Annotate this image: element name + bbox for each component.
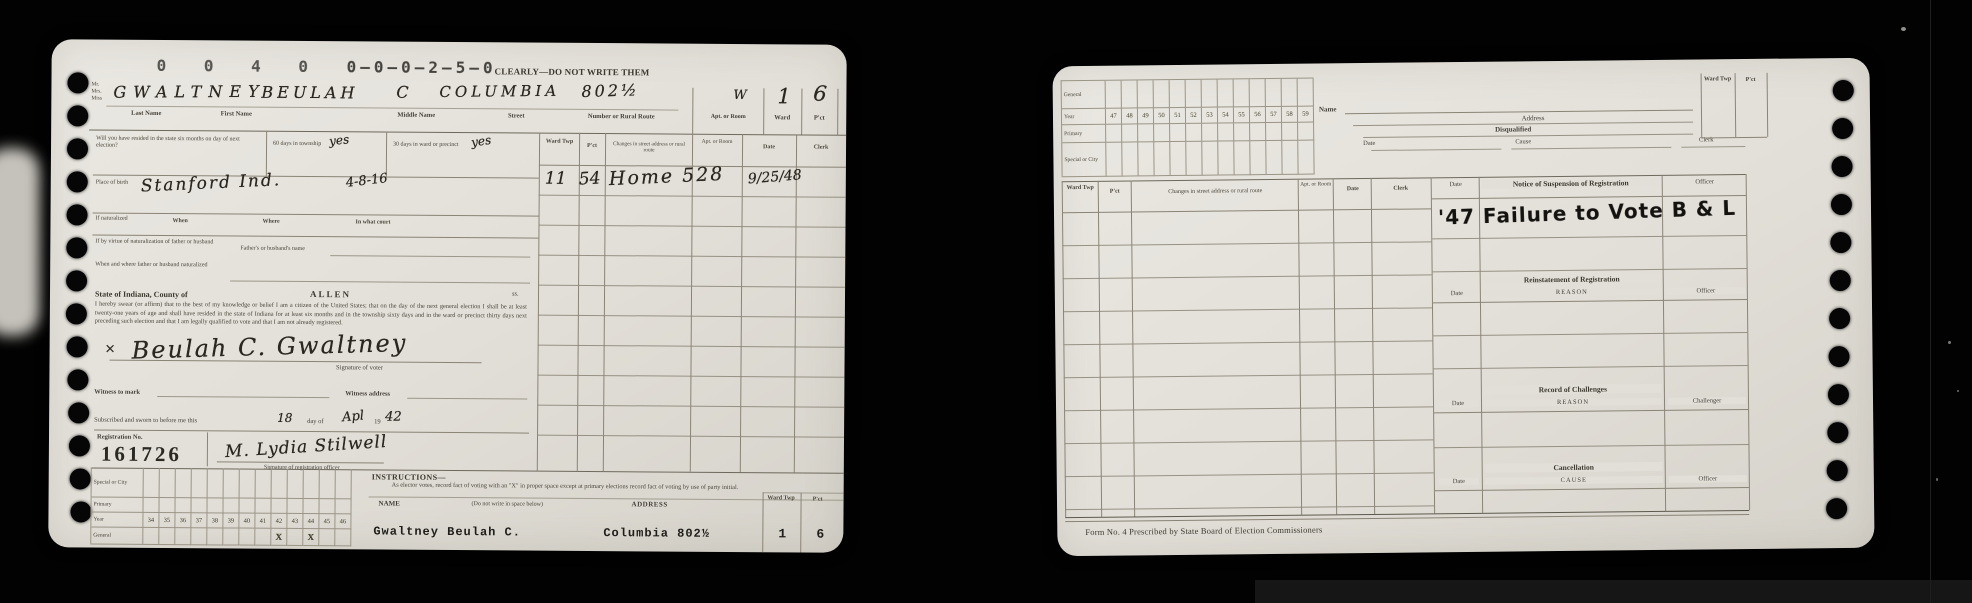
year-cell-48: 48 — [1122, 108, 1138, 124]
punch-hole — [67, 105, 88, 126]
punch-hole — [1831, 194, 1852, 215]
punch-hole — [1832, 118, 1853, 139]
rule — [603, 133, 606, 471]
grid-cell — [320, 469, 336, 499]
grid-label-year: Year — [1062, 109, 1106, 125]
punch-hole — [66, 204, 87, 225]
year-cell-45: 45 — [319, 514, 335, 529]
header-ward-twp: Ward Twp — [1064, 185, 1097, 192]
challenges-date-label: Date — [1438, 400, 1478, 407]
registration-number: 161726 — [101, 442, 182, 468]
prefix-miss: Miss — [91, 96, 102, 103]
punch-hole — [67, 138, 88, 159]
vote-mark-44: X — [303, 529, 319, 546]
rule — [106, 106, 678, 111]
grid-cell — [1250, 141, 1266, 175]
hw-pct: 6 — [813, 81, 828, 106]
hw-street: COLUMBIA — [439, 82, 560, 101]
rule — [537, 133, 540, 471]
grid-cell — [224, 468, 240, 498]
rule — [330, 255, 530, 257]
header-apt-or-room: Apt. or Room — [1300, 181, 1332, 188]
header-clerk: Clerk — [1373, 185, 1429, 192]
punch-hole — [1830, 232, 1851, 253]
label-name-col: NAME — [379, 500, 400, 508]
grid-cell — [287, 499, 303, 514]
grid-cell — [207, 528, 223, 545]
affidavit-body: I hereby swear (or affirm) that to the b… — [95, 301, 527, 330]
year-cell-52: 52 — [1186, 108, 1202, 124]
grid-cell — [271, 499, 287, 514]
hw-sworn-year: 42 — [385, 410, 402, 425]
year-cell-51: 51 — [1170, 108, 1186, 124]
hw-first-name: BEULAH — [261, 83, 358, 103]
grid-cell — [144, 468, 160, 498]
hw-60-days-answer: yes — [328, 132, 349, 148]
label-name: Name — [1319, 105, 1337, 113]
grid-cell — [1234, 141, 1250, 175]
rule — [1062, 241, 1431, 246]
rule — [1063, 274, 1432, 279]
q-virtue-of-naturalization: If by virtue of naturalization of father… — [95, 239, 215, 247]
year-cell-34: 34 — [143, 513, 159, 528]
grid-label-year: Year — [91, 513, 143, 528]
punch-hole — [66, 237, 87, 258]
rule — [1131, 180, 1136, 516]
punch-hole — [1829, 308, 1850, 329]
grid-cell — [207, 498, 223, 513]
grid-cell — [1106, 125, 1122, 143]
punch-hole — [67, 171, 88, 192]
grid-cell — [159, 498, 175, 513]
year-cell-35: 35 — [159, 513, 175, 528]
label-apt-or-room: Apt. or Room — [697, 114, 759, 120]
prefix-mr: Mr. — [91, 82, 99, 89]
grid-cell — [1122, 142, 1138, 176]
label-street: Street — [491, 112, 541, 119]
year-cell-57: 57 — [1266, 107, 1282, 123]
year-cell-56: 56 — [1250, 107, 1266, 123]
hw-apt-mark: W — [733, 88, 746, 103]
label-witness-to-mark: Witness to mark — [94, 389, 140, 396]
grid-cell — [1170, 142, 1186, 176]
signature-x-mark: × — [105, 342, 116, 357]
voting-record-grid-47-59: General Year 47 48 49 50 51 52 53 54 55 … — [1061, 78, 1315, 178]
rule — [1735, 73, 1737, 137]
grid-cell — [335, 529, 351, 546]
punch-hole — [1826, 498, 1847, 519]
punch-hole — [68, 402, 89, 423]
rule — [207, 432, 208, 466]
grid-cell — [1186, 80, 1202, 108]
suspension-date-label: Date — [1436, 181, 1476, 188]
dust-speck — [1948, 341, 1951, 344]
hw-ward: 1 — [777, 84, 791, 108]
grid-cell — [1154, 124, 1170, 142]
rule — [800, 492, 801, 552]
grid-label-primary: Primary — [1062, 125, 1106, 143]
punch-hole — [1828, 384, 1849, 405]
rule — [763, 492, 844, 494]
rule — [1371, 149, 1501, 151]
punch-hole — [67, 336, 88, 357]
punch-hole — [1827, 422, 1848, 443]
label-address-col: ADDRESS — [632, 500, 668, 508]
grid-cell — [191, 498, 207, 513]
punch-hole — [1833, 80, 1854, 101]
grid-cell — [1154, 80, 1170, 108]
rule — [1065, 505, 1434, 510]
label-witness-address: Witness address — [345, 390, 390, 397]
hw-change-date: 9/25/48 — [747, 167, 802, 187]
grid-cell — [1266, 141, 1282, 175]
grid-cell — [159, 528, 175, 545]
punch-hole — [70, 468, 91, 489]
grid-cell — [1298, 79, 1314, 107]
rule — [1431, 177, 1436, 513]
q-when: When — [172, 218, 187, 225]
reinstatement-officer-label: Officer — [1667, 287, 1745, 295]
typed-ward: 1 — [778, 526, 786, 541]
grid-cell — [1218, 79, 1234, 107]
suspension-stamp: '47 Failure to Vote B & L — [1438, 196, 1737, 230]
rule — [1371, 178, 1376, 514]
grid-cell — [1186, 124, 1202, 142]
film-edge-blob — [0, 148, 40, 336]
cancellation-officer-label: Officer — [1669, 475, 1747, 483]
label-number-rural-route: Number or Rural Route — [566, 113, 676, 121]
vote-mark-42: X — [271, 529, 287, 546]
rule — [740, 134, 743, 472]
year-cell-53: 53 — [1202, 108, 1218, 124]
grid-cell — [1138, 80, 1154, 108]
rule — [763, 88, 764, 134]
year-cell-58: 58 — [1282, 107, 1298, 123]
rule — [230, 280, 530, 283]
rule — [266, 131, 267, 176]
grid-cell — [1234, 79, 1250, 107]
grid-cell — [1266, 123, 1282, 141]
rule — [1064, 406, 1433, 411]
rule — [1662, 175, 1667, 511]
grid-cell — [1106, 143, 1122, 177]
grid-cell — [239, 529, 255, 546]
grid-cell — [176, 468, 192, 498]
year-cell-42: 42 — [271, 514, 287, 529]
rule — [801, 88, 802, 134]
punch-hole — [66, 270, 87, 291]
sworn-year-prefix: 19 — [374, 418, 381, 425]
grid-cell — [143, 498, 159, 513]
grid-cell — [287, 529, 303, 546]
challenges-title: Record of Challenges — [1484, 384, 1662, 395]
q-place-of-birth: Place of birth — [96, 180, 134, 187]
film-bottom-band — [1255, 580, 1972, 603]
hw-30-days-answer: yes — [470, 133, 492, 150]
prefix-mrs: Mrs. — [91, 89, 101, 96]
label-pct-col: P'ct — [804, 496, 832, 503]
year-cell-38: 38 — [207, 513, 223, 528]
rule — [1063, 340, 1432, 345]
hw-last-name: GWALTNEY — [113, 82, 265, 102]
q-in-what-court: In what court — [355, 219, 390, 226]
grid-cell — [1106, 81, 1122, 109]
grid-cell — [272, 469, 288, 499]
header-changes: Changes in street address or rural route — [1134, 188, 1297, 196]
officer-signature: M. Lydia Stilwell — [224, 432, 387, 462]
grid-cell — [304, 469, 320, 499]
typed-name: Gwaltney Beulah C. — [373, 524, 521, 539]
grid-cell — [1138, 142, 1154, 176]
grid-cell — [1298, 123, 1314, 141]
rule — [794, 134, 797, 472]
reinstatement-title: Reinstatement of Registration — [1483, 274, 1661, 285]
punch-hole — [70, 501, 91, 522]
rule — [386, 132, 387, 177]
punched-serial-digits: 0 0 4 0 — [157, 56, 323, 76]
rule — [1701, 137, 1767, 139]
grid-cell — [256, 469, 272, 499]
grid-cell — [1282, 79, 1298, 107]
cancellation-title: Cancellation — [1485, 462, 1663, 473]
q-when-where-naturalized: When and where father or husband natural… — [95, 262, 230, 270]
affidavit-state-county: State of Indiana, County of — [95, 290, 188, 300]
rule — [94, 430, 529, 434]
grid-cell — [1138, 124, 1154, 142]
cancellation-cause-label: CAUSE — [1485, 476, 1663, 485]
grid-cell — [175, 498, 191, 513]
grid-cell — [1298, 141, 1314, 175]
grid-cell — [223, 528, 239, 545]
rule — [1064, 373, 1433, 378]
label-ward: Ward — [765, 114, 799, 121]
rule — [1767, 73, 1769, 137]
hw-change-ward: 11 — [545, 169, 567, 189]
form-number-footer: Form No. 4 Prescribed by State Board of … — [1085, 524, 1322, 536]
punched-serial-digits-2: 0–0–0–2–5–0 — [347, 57, 497, 77]
year-cell-46: 46 — [335, 514, 351, 529]
grid-cell — [1250, 79, 1266, 107]
punch-hole — [67, 72, 88, 93]
header-apt-or-room: Apt. or Room — [695, 139, 739, 146]
punch-hole — [69, 435, 90, 456]
rule — [1511, 147, 1671, 150]
grid-cell — [143, 528, 159, 545]
grid-label-primary: Primary — [91, 498, 143, 513]
rule — [1098, 181, 1103, 517]
grid-cell — [335, 499, 351, 514]
header-date: Date — [744, 144, 794, 151]
grid-cell — [208, 468, 224, 498]
voting-record-grid: Special or City Primary Year 34 35 36 37… — [90, 468, 352, 547]
punch-hole — [1830, 270, 1851, 291]
instructions-title: INSTRUCTIONS— — [372, 472, 446, 482]
grid-cell — [175, 528, 191, 545]
rule — [217, 461, 384, 463]
hw-change-pct: 54 — [578, 168, 601, 189]
reinstatement-reason-label: REASON — [1483, 288, 1661, 297]
punch-hole — [1831, 156, 1852, 177]
rule — [837, 89, 838, 135]
rule — [1062, 208, 1431, 213]
year-cell-40: 40 — [239, 514, 255, 529]
grid-cell — [1122, 80, 1138, 108]
year-cell-55: 55 — [1234, 107, 1250, 123]
grid-cell — [1202, 80, 1218, 108]
grid-cell — [1170, 80, 1186, 108]
grid-cell — [239, 499, 255, 514]
registration-card-front: 0 0 4 0 0–0–0–2–5–0 CLEARLY—DO NOT WRITE… — [48, 39, 847, 553]
grid-cell — [1250, 123, 1266, 141]
grid-cell — [1282, 123, 1298, 141]
grid-label-general: General — [1062, 81, 1106, 109]
q-30-days: 30 days in ward or precinct — [393, 142, 478, 149]
grid-cell — [319, 529, 335, 546]
hw-middle-name: C — [396, 83, 408, 102]
reinstatement-date-label: Date — [1437, 290, 1477, 297]
rule — [762, 492, 763, 552]
grid-cell — [255, 499, 271, 514]
label-pct-box: P'ct — [1739, 77, 1763, 84]
label-cause: Cause — [1483, 138, 1563, 146]
grid-cell — [336, 469, 352, 499]
rule — [93, 213, 539, 217]
year-cell-44: 44 — [303, 514, 319, 529]
label-first-name: First Name — [206, 110, 266, 117]
challenges-reason-label: REASON — [1484, 398, 1662, 407]
label-disqualified: Disqualified — [1463, 125, 1563, 134]
rule — [1333, 178, 1338, 514]
label-signature-of-voter: Signature of voter — [299, 364, 419, 372]
microfilm-frame: 0 0 4 0 0–0–0–2–5–0 CLEARLY—DO NOT WRITE… — [0, 0, 1972, 603]
q-father-husband-name: Father's or husband's name — [240, 246, 305, 253]
rule — [1064, 439, 1433, 444]
label-last-name: Last Name — [116, 110, 176, 117]
do-not-write-warning: CLEARLY—DO NOT WRITE THEM — [495, 66, 650, 77]
cancellation-date-label: Date — [1439, 478, 1479, 485]
grid-cell — [1218, 123, 1234, 141]
registration-card-back: General Year 47 48 49 50 51 52 53 54 55 … — [1052, 58, 1874, 557]
grid-cell — [1266, 79, 1282, 107]
q-if-naturalized: If naturalized — [96, 216, 146, 223]
year-cell-39: 39 — [223, 513, 239, 528]
affidavit-county-value: ALLEN — [310, 289, 351, 299]
year-cell-49: 49 — [1138, 108, 1154, 124]
grid-cell — [1282, 141, 1298, 175]
grid-cell — [1202, 124, 1218, 142]
grid-cell — [1202, 142, 1218, 176]
grid-cell — [1186, 142, 1202, 176]
grid-cell — [1218, 141, 1234, 175]
year-cell-41: 41 — [255, 514, 271, 529]
rule — [692, 88, 693, 134]
grid-cell — [192, 468, 208, 498]
label-ward-twp-col: Ward Twp — [765, 495, 798, 502]
rule — [157, 396, 329, 398]
q-resided: Will you have resided in the state six m… — [96, 136, 246, 151]
affidavit-ss: ss. — [512, 290, 519, 297]
suspension-officer-label: Officer — [1666, 178, 1744, 186]
year-cell-59: 59 — [1298, 107, 1314, 123]
grid-cell — [319, 499, 335, 514]
year-cell-54: 54 — [1218, 107, 1234, 123]
header-ward-twp: Ward Twp — [543, 139, 576, 146]
grid-label-special: Special or City — [92, 468, 144, 498]
punch-hole — [66, 303, 87, 324]
grid-label-general: General — [91, 528, 143, 545]
grid-cell — [1154, 142, 1170, 176]
q-where: Where — [262, 219, 279, 226]
label-do-not-write: (Do not write in space below) — [472, 501, 544, 508]
typed-pct: 6 — [816, 527, 824, 542]
grid-cell — [1234, 123, 1250, 141]
grid-cell — [191, 528, 207, 545]
hw-sworn-month: Apl — [342, 408, 365, 425]
grid-cell — [288, 469, 304, 499]
grid-cell — [255, 529, 271, 546]
grid-cell — [303, 499, 319, 514]
header-pct: P'ct — [580, 143, 604, 150]
typed-address: Columbia 802½ — [603, 526, 710, 541]
header-date: Date — [1335, 186, 1371, 193]
punch-hole — [1828, 346, 1849, 367]
rule — [1065, 472, 1434, 477]
grid-cell — [160, 468, 176, 498]
rule — [1681, 146, 1745, 148]
year-cell-36: 36 — [175, 513, 191, 528]
grid-cell — [223, 498, 239, 513]
dust-speck — [1957, 390, 1959, 392]
film-edge-line — [1930, 0, 1931, 603]
rule — [1298, 179, 1303, 515]
grid-cell — [1170, 124, 1186, 142]
hw-sworn-day: 18 — [277, 411, 292, 425]
punch-hole — [67, 369, 88, 390]
sworn-day-of: day of — [307, 418, 323, 425]
dust-speck — [1936, 478, 1938, 481]
punch-hole — [1827, 460, 1848, 481]
hw-birth-date: 4-8-16 — [345, 171, 388, 191]
header-clerk: Clerk — [798, 144, 844, 151]
dust-speck — [1901, 27, 1906, 31]
sworn-pre-text: Subscribed and sworn to before me this — [94, 417, 197, 425]
label-address: Address — [1483, 114, 1583, 123]
label-ward-twp-box: Ward Twp — [1703, 76, 1733, 83]
header-pct: P'ct — [1100, 188, 1130, 195]
grid-cell — [1122, 124, 1138, 142]
rule — [89, 129, 846, 135]
label-pct: P'ct — [803, 114, 835, 121]
year-cell-47: 47 — [1106, 109, 1122, 125]
year-cell-50: 50 — [1154, 108, 1170, 124]
hw-house-number: 802½ — [581, 80, 640, 101]
hw-change-text: Home 528 — [608, 163, 724, 190]
label-registration-no: Registration No. — [97, 434, 143, 441]
rule — [407, 398, 527, 400]
rule — [1746, 174, 1751, 510]
grid-label-special: Special or City — [1062, 143, 1106, 177]
suspension-title: Notice of Suspension of Registration — [1482, 178, 1660, 189]
year-cell-43: 43 — [287, 514, 303, 529]
challenges-challenger-label: Challenger — [1668, 397, 1746, 405]
rule — [1062, 181, 1067, 517]
label-middle-name: Middle Name — [386, 112, 446, 119]
label-date: Date — [1349, 140, 1389, 147]
year-cell-37: 37 — [191, 513, 207, 528]
grid-cell — [240, 469, 256, 499]
rule — [1063, 307, 1432, 312]
header-changes: Changes in street address or rural route — [608, 141, 690, 154]
